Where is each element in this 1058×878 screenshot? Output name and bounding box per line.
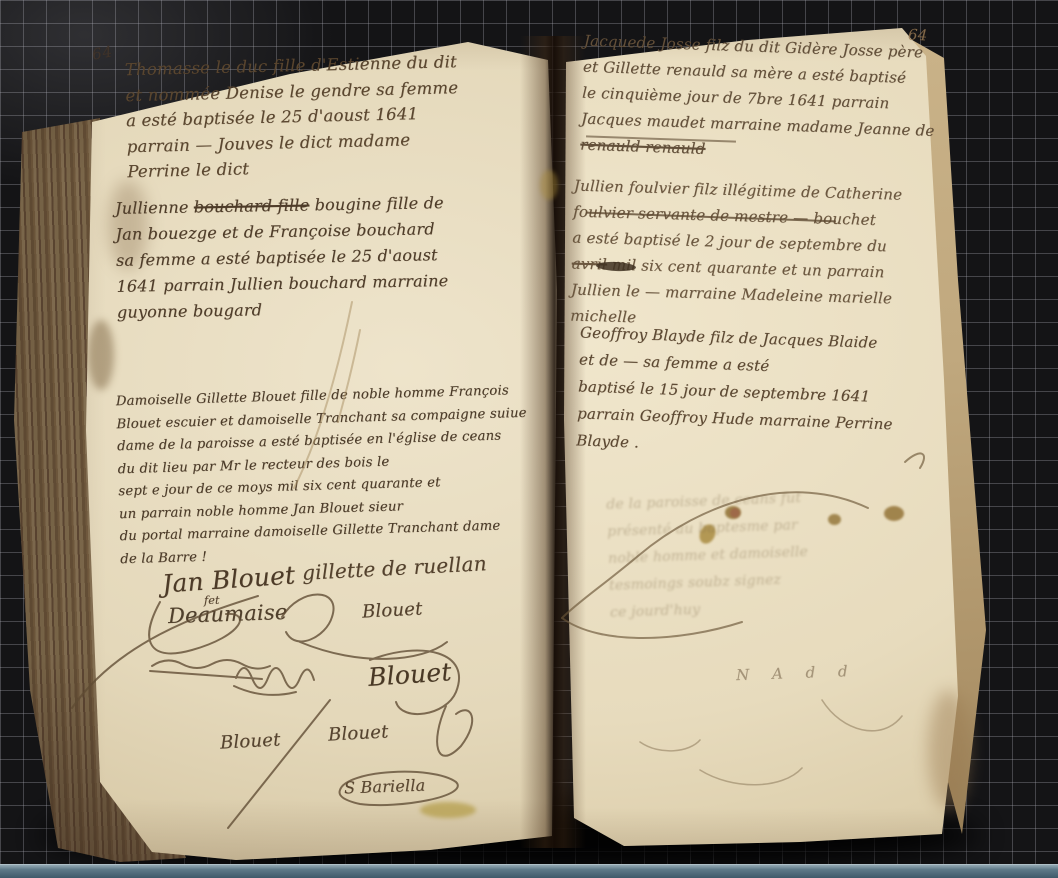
paper-stain <box>928 690 970 810</box>
table-edge-strip <box>0 864 1058 878</box>
baptism-entry: Jullienne bouchard fille bougine fille d… <box>115 188 557 326</box>
baptism-entry: Jacquede Josse filz du dit Gidère Josse … <box>580 28 952 171</box>
signature: Blouet <box>219 729 281 753</box>
entry-text: bougine fille de <box>309 193 444 214</box>
folio-number-left: 64 <box>91 42 115 63</box>
crossed-out-text: bouchard fille <box>194 195 310 216</box>
signature: Blouet <box>361 598 423 622</box>
signature: Blouet <box>367 657 452 692</box>
ink-stain <box>88 320 114 390</box>
entry-text: mil six cent quarante et un parrain <box>607 256 885 282</box>
baptism-entry: Geoffroy Blayde filz de Jacques Blaide e… <box>576 319 960 467</box>
entry-text: Jullienne <box>115 197 194 217</box>
signature: Deaumaise <box>168 600 288 628</box>
baptism-entry: Jullien foulvier filz illégitime de Cath… <box>570 173 966 340</box>
manuscript-photo: 64 64 Thomasse le duc fille d'Estienne d… <box>0 0 1058 878</box>
bleed-through-text: de la paroisse de ceans fut présenté au … <box>606 480 951 627</box>
ink-stain <box>420 802 476 818</box>
signature: S Bariella <box>344 776 426 798</box>
baptism-entry: Thomasse le duc fille d'Estienne du dit … <box>125 47 558 185</box>
baptism-entry: Damoiselle Gillette Blouet fille de nobl… <box>116 379 569 571</box>
signature: Blouet <box>327 721 389 745</box>
